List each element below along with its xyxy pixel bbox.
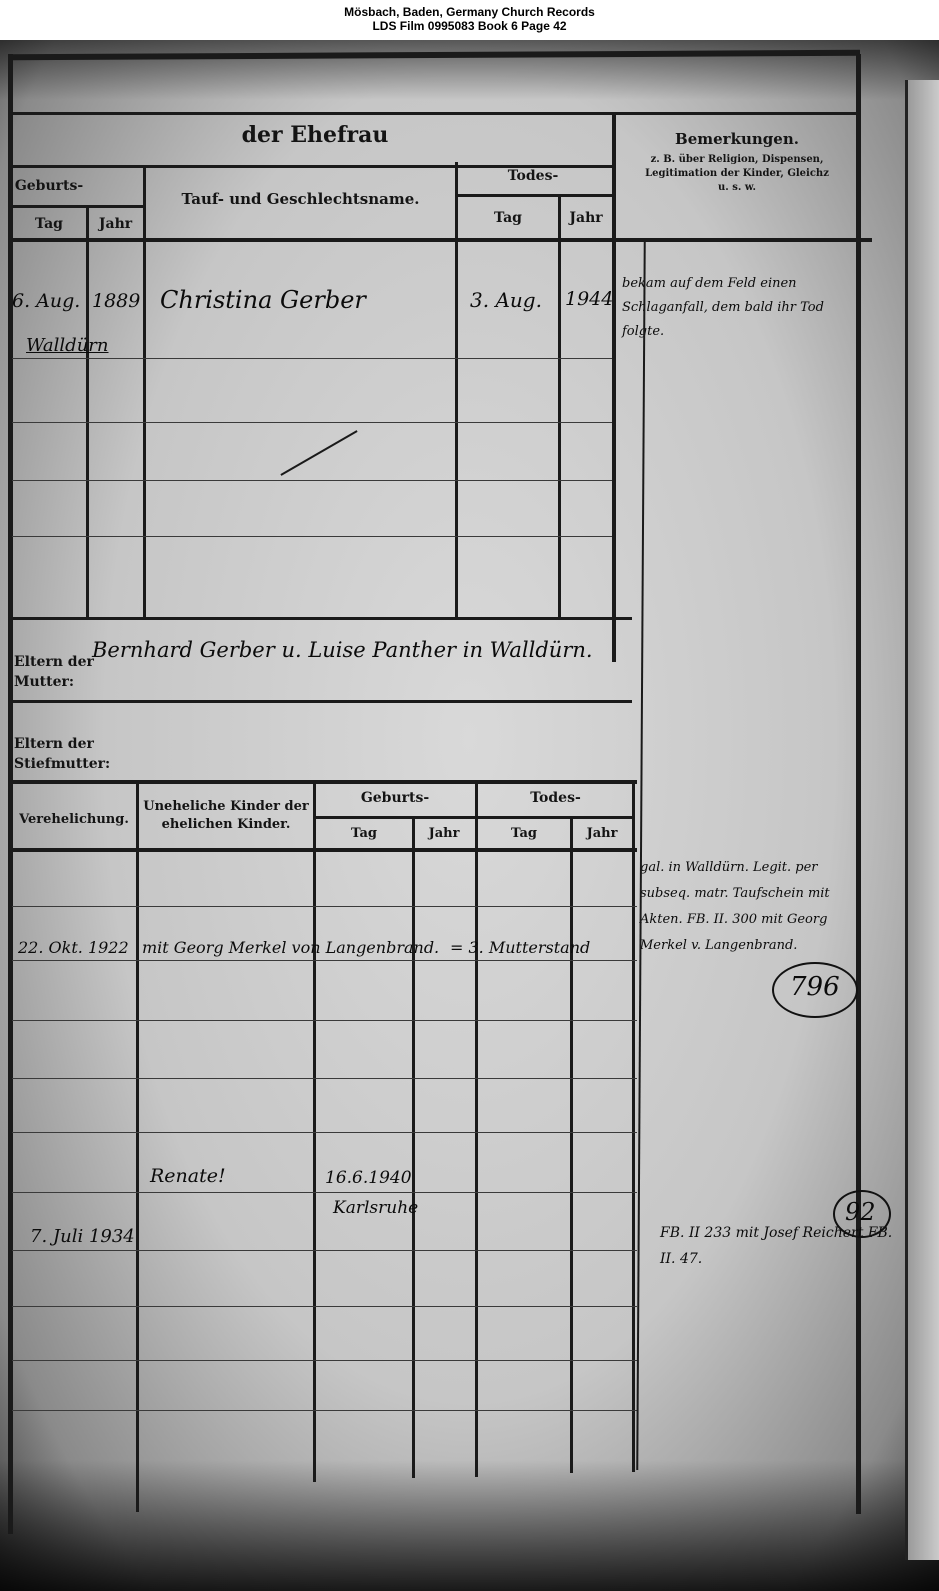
remarks-subheader-1: z. B. über Religion, Dispensen,	[618, 154, 856, 165]
rule	[12, 205, 144, 208]
rule	[12, 480, 612, 481]
wife-birth-place: Walldürn	[26, 335, 109, 356]
wife-death-year: 1944	[565, 288, 613, 310]
birth-year-header: Jahr	[88, 216, 143, 232]
birth-day-header: Tag	[14, 216, 84, 232]
right-border	[856, 54, 861, 1514]
rule	[12, 536, 612, 537]
rule	[12, 112, 612, 115]
death-year-header: Jahr	[560, 210, 612, 226]
caption-line-1: Mösbach, Baden, Germany Church Records	[0, 5, 939, 19]
parents-of-stepmother-label: Eltern der Stiefmutter:	[14, 734, 114, 774]
marriage-2-child-birth-day: 16.6.1940	[325, 1168, 412, 1188]
marriage-1-note: = 3. Mutterstand	[450, 938, 590, 957]
parents-of-mother-value: Bernhard Gerber u. Luise Panther in Wall…	[92, 638, 593, 662]
remarks-header: Bemerkungen.	[618, 130, 856, 148]
rule	[412, 818, 415, 1478]
children-column-header: Uneheliche Kinder der ehelichen Kinder.	[140, 798, 312, 834]
marriage-column-header: Verehelichung.	[14, 812, 134, 827]
rule	[12, 617, 632, 620]
rule	[12, 960, 637, 961]
wife-birth-day: 6. Aug.	[12, 290, 80, 312]
parents-of-mother-label: Eltern der Mutter:	[14, 652, 94, 692]
rule	[12, 848, 637, 852]
marriage-1-remark: gal. in Walldürn. Legit. per subseq. mat…	[640, 855, 855, 959]
death-day-header: Tag	[458, 210, 558, 226]
remarks-subheader-2: Legitimation der Kinder, Gleichz	[618, 168, 856, 179]
rule	[12, 1020, 637, 1021]
lower-death-day-header: Tag	[478, 826, 570, 841]
stroke-mark	[280, 430, 357, 476]
rule	[316, 816, 634, 819]
rule	[12, 1192, 637, 1193]
rule	[612, 112, 616, 662]
rule	[12, 780, 637, 784]
rule	[570, 818, 573, 1473]
marriage-2-child-name: Renate!	[150, 1165, 226, 1187]
rule	[12, 358, 612, 359]
circled-number-2-value: 92	[845, 1198, 876, 1226]
birth-group-header: Geburts-	[14, 178, 84, 194]
rule	[612, 112, 860, 115]
rule	[558, 195, 561, 617]
rule	[12, 1250, 637, 1251]
remarks-subheader-3: u. s. w.	[618, 182, 856, 193]
marriage-1-spouse: mit Georg Merkel von Langenbrand.	[142, 938, 439, 957]
lower-death-group-header: Todes-	[478, 790, 633, 806]
wife-remark: bekam auf dem Feld einen Schlaganfall, d…	[622, 272, 852, 344]
rule	[143, 168, 146, 618]
wife-birth-year: 1889	[92, 290, 140, 312]
lower-death-year-header: Jahr	[572, 826, 632, 841]
death-group-header: Todes-	[458, 168, 608, 184]
circled-number-2: 92	[833, 1190, 891, 1238]
section-title: der Ehefrau	[200, 122, 430, 148]
rule	[455, 162, 458, 617]
marriage-1-date: 22. Okt. 1922	[18, 938, 129, 957]
rule	[12, 238, 872, 242]
wife-name: Christina Gerber	[160, 286, 366, 314]
top-border	[10, 50, 860, 60]
rule	[475, 782, 478, 1477]
left-border	[8, 54, 13, 1534]
rule	[86, 208, 89, 618]
lower-birth-year-header: Jahr	[414, 826, 474, 841]
rule	[12, 1410, 637, 1411]
rule	[136, 782, 139, 1512]
circled-number-1-value: 796	[790, 972, 840, 1002]
caption-line-2: LDS Film 0995083 Book 6 Page 42	[0, 19, 939, 33]
rule	[12, 1078, 637, 1079]
name-column-header: Tauf- und Geschlechtsname.	[148, 190, 453, 208]
circled-number-1: 796	[772, 962, 858, 1018]
rule	[12, 422, 612, 423]
rule	[12, 906, 637, 907]
marriage-2-child-birth-place: Karlsruhe	[333, 1198, 418, 1218]
rule	[632, 782, 635, 1472]
lower-birth-day-header: Tag	[316, 826, 412, 841]
adjacent-page-edge	[905, 80, 939, 1560]
rule	[12, 1360, 637, 1361]
lower-birth-group-header: Geburts-	[316, 790, 474, 806]
rule	[12, 1132, 637, 1133]
rule	[12, 1306, 637, 1307]
rule	[12, 700, 632, 703]
scanned-register-page: der Ehefrau Geburts- Tag Jahr Tauf- und …	[0, 40, 939, 1591]
wife-death-day: 3. Aug.	[470, 288, 542, 312]
marriage-2-date: 7. Juli 1934	[30, 1226, 135, 1247]
rule	[456, 194, 612, 197]
document-caption: Mösbach, Baden, Germany Church Records L…	[0, 0, 939, 40]
